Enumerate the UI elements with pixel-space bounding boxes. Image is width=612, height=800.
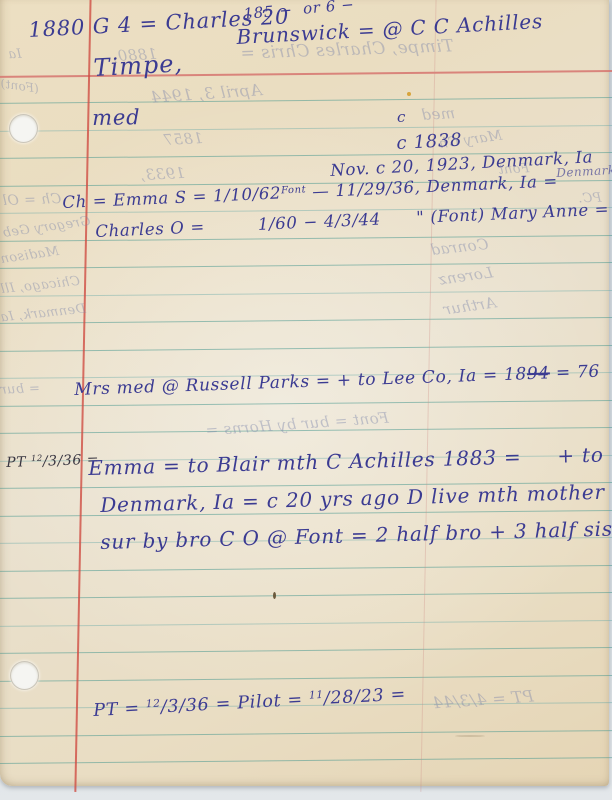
pt-footer-citation-part: 12 <box>146 698 161 711</box>
paper-sheet: Timpe, Charles Chris =1880,Ia(Font)April… <box>0 0 609 786</box>
ghost-1857: 1857 <box>163 131 204 148</box>
ghost-ia: Ia <box>8 48 22 61</box>
child-emma-part: Font <box>281 184 307 196</box>
surname: Timpe, <box>93 51 184 80</box>
c-mark: c <box>397 110 406 125</box>
ruled-line <box>0 317 612 324</box>
marriage-note-part: 94 <box>527 363 551 384</box>
marriage-note-part: = 76 <box>550 362 601 384</box>
hole-punch <box>10 661 39 690</box>
paper-speck <box>273 592 276 599</box>
red-header-rule <box>0 70 612 78</box>
pt-footer-citation-part: 11 <box>309 689 324 702</box>
death-place-faint: Denmark <box>556 164 612 179</box>
note-med: med <box>92 107 141 129</box>
ghost-1933: 1933, <box>140 166 186 183</box>
pt-footer-citation-part: PT = <box>93 698 147 721</box>
pt-citation-margin-part: 12 <box>31 453 43 463</box>
ruled-line <box>0 234 612 241</box>
ghost-ch-ol: Ch = Ol <box>2 192 62 208</box>
ruled-line <box>0 262 612 269</box>
ruled-line <box>0 592 612 599</box>
ruled-line <box>0 619 612 626</box>
ruled-line <box>0 674 612 681</box>
paper-speck <box>407 92 411 96</box>
pt-citation-margin-part: PT <box>6 454 31 471</box>
pt-citation-margin: PT 12/3/36 = <box>6 453 99 470</box>
ruled-line <box>0 344 612 351</box>
ruled-line <box>0 97 612 104</box>
ruled-line <box>0 729 612 736</box>
ruled-line <box>0 757 612 764</box>
ruled-line <box>0 564 612 571</box>
ghost-bur: = bur <box>0 382 40 396</box>
ghost-med: med <box>421 106 456 123</box>
hole-punch <box>9 114 38 143</box>
scanner-background: Timpe, Charles Chris =1880,Ia(Font)April… <box>0 0 612 800</box>
birth-year: c 1838 <box>396 132 463 153</box>
paper-speck <box>455 735 485 737</box>
ruled-line <box>0 647 612 654</box>
ruled-line <box>0 399 612 406</box>
ruled-line <box>0 289 612 296</box>
